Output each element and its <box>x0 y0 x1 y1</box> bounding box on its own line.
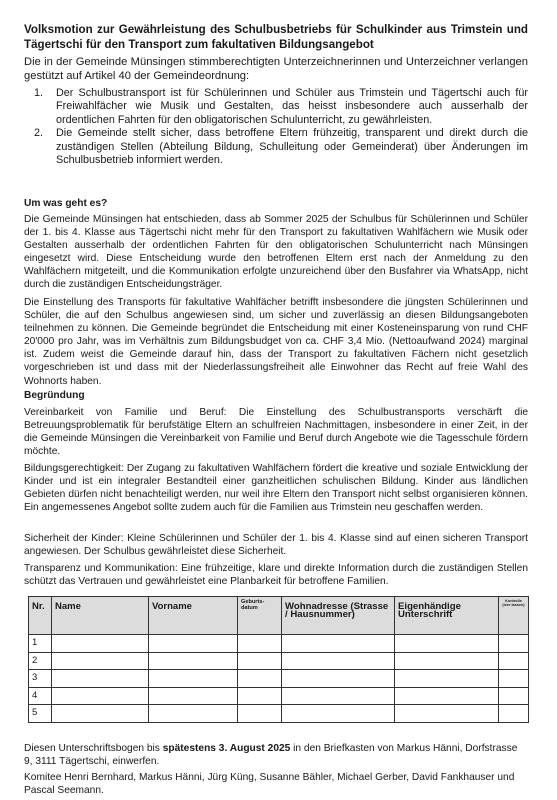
name-field[interactable] <box>52 705 149 723</box>
submission-instructions: Diesen Unterschriftsbogen bis spätestens… <box>24 742 528 768</box>
demand-text: Der Schulbustransport ist für Schülerinn… <box>56 87 528 126</box>
header-vorname: Vorname <box>149 597 238 635</box>
demand-item: 2. Die Gemeinde stellt sicher, dass betr… <box>56 127 528 167</box>
unterschrift-field[interactable] <box>395 687 499 705</box>
wohnadresse-field[interactable] <box>282 705 395 723</box>
name-field[interactable] <box>52 652 149 670</box>
wohnadresse-field[interactable] <box>282 670 395 688</box>
vorname-field[interactable] <box>149 687 238 705</box>
demand-text: Die Gemeinde stellt sicher, dass betroff… <box>56 127 528 166</box>
demands-list: 1. Der Schulbustransport ist für Schüler… <box>24 87 528 167</box>
row-number: 3 <box>29 670 52 688</box>
wohnadresse-field[interactable] <box>282 635 395 653</box>
unterschrift-field[interactable] <box>395 670 499 688</box>
unterschrift-field[interactable] <box>395 705 499 723</box>
kontrolle-field[interactable] <box>499 705 529 723</box>
reason-paragraph: Transparenz und Kommunikation: Eine früh… <box>24 562 528 588</box>
demand-number: 1. <box>34 87 43 100</box>
document-title: Volksmotion zur Gewährleistung des Schul… <box>24 22 528 52</box>
kontrolle-field[interactable] <box>499 687 529 705</box>
about-paragraph: Die Einstellung des Transports für fakul… <box>24 296 528 388</box>
wohnadresse-field[interactable] <box>282 652 395 670</box>
header-nr: Nr. <box>29 597 52 635</box>
reason-paragraph: Vereinbarkeit von Familie und Beruf: Die… <box>24 406 528 458</box>
vorname-field[interactable] <box>149 705 238 723</box>
header-kontrolle: Kontrolle (leer lassen) <box>499 597 529 635</box>
row-number: 5 <box>29 705 52 723</box>
vorname-field[interactable] <box>149 635 238 653</box>
deadline-date: spätestens 3. August 2025 <box>163 743 291 754</box>
header-unterschrift: Eigenhändige Unterschrift <box>395 597 499 635</box>
geburtsdatum-field[interactable] <box>238 670 282 688</box>
section-heading-reasons: Begründung <box>24 390 85 401</box>
committee-list: Komitee Henri Bernhard, Markus Hänni, Jü… <box>24 771 528 797</box>
section-heading-about: Um was geht es? <box>24 198 107 209</box>
geburtsdatum-field[interactable] <box>238 635 282 653</box>
demand-item: 1. Der Schulbustransport ist für Schüler… <box>56 87 528 127</box>
about-paragraph: Die Gemeinde Münsingen hat entschieden, … <box>24 213 528 292</box>
header-geburtsdatum: Geburts-datum <box>238 597 282 635</box>
name-field[interactable] <box>52 635 149 653</box>
deadline-prefix: Diesen Unterschriftsbogen bis <box>24 743 163 754</box>
row-number: 4 <box>29 687 52 705</box>
table-row: 5 <box>29 705 529 723</box>
unterschrift-field[interactable] <box>395 635 499 653</box>
kontrolle-field[interactable] <box>499 670 529 688</box>
geburtsdatum-field[interactable] <box>238 705 282 723</box>
reason-paragraph: Bildungsgerechtigkeit: Der Zugang zu fak… <box>24 462 528 514</box>
table-row: 3 <box>29 670 529 688</box>
vorname-field[interactable] <box>149 670 238 688</box>
table-row: 4 <box>29 687 529 705</box>
table-row: 2 <box>29 652 529 670</box>
reason-paragraph: Sicherheit der Kinder: Kleine Schülerinn… <box>24 532 528 558</box>
row-number: 2 <box>29 652 52 670</box>
table-row: 1 <box>29 635 529 653</box>
table-header-row: Nr. Name Vorname Geburts-datum Wohnadres… <box>29 597 529 635</box>
kontrolle-field[interactable] <box>499 635 529 653</box>
unterschrift-field[interactable] <box>395 652 499 670</box>
header-name: Name <box>52 597 149 635</box>
header-wohnadresse: Wohnadresse (Strasse / Hausnummer) <box>282 597 395 635</box>
name-field[interactable] <box>52 670 149 688</box>
kontrolle-field[interactable] <box>499 652 529 670</box>
name-field[interactable] <box>52 687 149 705</box>
wohnadresse-field[interactable] <box>282 687 395 705</box>
geburtsdatum-field[interactable] <box>238 687 282 705</box>
demand-number: 2. <box>34 127 43 140</box>
row-number: 1 <box>29 635 52 653</box>
intro-paragraph: Die in der Gemeinde Münsingen stimmberec… <box>24 55 528 83</box>
signature-table: Nr. Name Vorname Geburts-datum Wohnadres… <box>28 596 529 723</box>
geburtsdatum-field[interactable] <box>238 652 282 670</box>
vorname-field[interactable] <box>149 652 238 670</box>
